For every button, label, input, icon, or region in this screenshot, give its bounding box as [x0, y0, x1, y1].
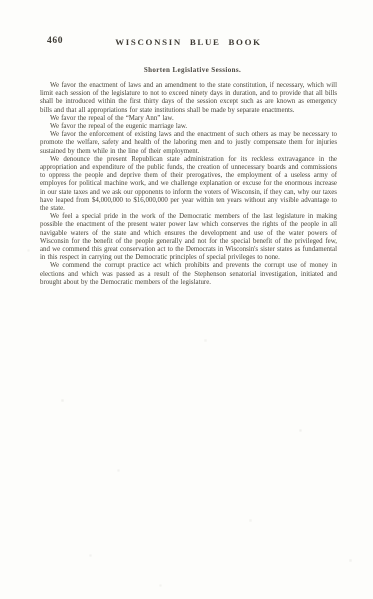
header-title: WISCONSIN BLUE BOOK	[40, 37, 337, 47]
paragraph: We denounce the present Republican state…	[40, 156, 337, 213]
paragraph: We commend the corrupt practice act whic…	[40, 262, 337, 287]
running-header: 460 WISCONSIN BLUE BOOK	[40, 36, 337, 48]
paragraph: We favor the enforcement of existing law…	[40, 131, 337, 156]
paragraph: We favor the enactment of laws and an am…	[40, 82, 337, 115]
paragraph: We favor the repeal of the “Mary Ann” la…	[40, 115, 337, 123]
scan-noise	[0, 0, 1, 1]
book-page: 460 WISCONSIN BLUE BOOK Shorten Legislat…	[0, 0, 373, 599]
body-text: We favor the enactment of laws and an am…	[40, 82, 337, 287]
paragraph: We feel a special pride in the work of t…	[40, 213, 337, 262]
paragraph: We favor the repeal of the eugenic marri…	[40, 123, 337, 131]
section-heading: Shorten Legislative Sessions.	[44, 66, 341, 74]
